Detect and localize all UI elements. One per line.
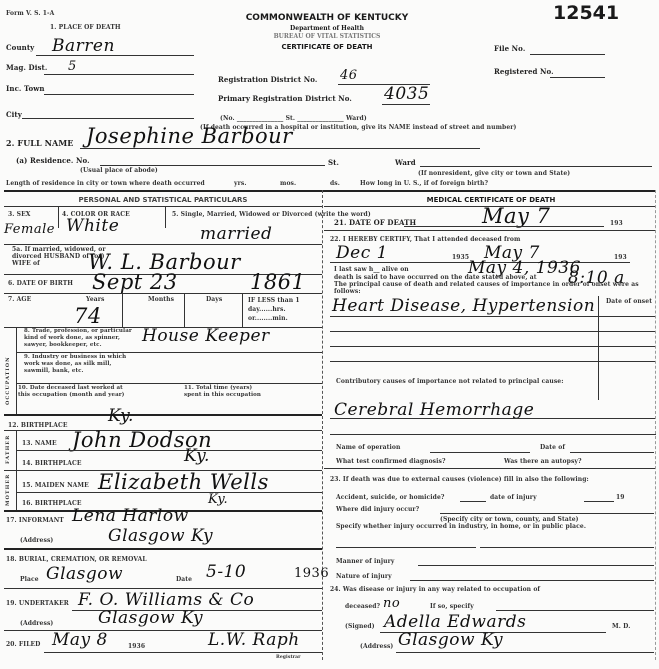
inc-town-label: Inc. Town (6, 84, 45, 93)
father-name-label: 13. NAME (22, 440, 57, 447)
marital-value: married (200, 224, 272, 244)
father-birthplace-value: Ky. (184, 446, 210, 466)
physician-address-label: (Address) (360, 643, 393, 650)
mother-name-label: 15. MAIDEN NAME (22, 482, 89, 489)
burial-year-value: 1936 (294, 566, 329, 581)
divider (165, 206, 166, 228)
filed-year: 1936 (128, 643, 145, 650)
divider (336, 547, 476, 548)
marital-label: 5. Single, Married, Widowed or Divorced … (172, 211, 371, 218)
where-injury-label: Where did injury occur? (336, 506, 419, 513)
undertaker-address-label: (Address) (20, 620, 53, 627)
physician-signature: Adella Edwards (384, 612, 526, 632)
sex-label: 3. SEX (8, 211, 31, 218)
divider (4, 414, 322, 416)
principal-cause-label: The principal cause of death and related… (334, 281, 644, 295)
registrar-label: Registrar (276, 655, 301, 660)
mother-name-value: Elizabeth Wells (98, 470, 269, 494)
autopsy-label: Was there an autopsy? (504, 458, 582, 465)
informant-address-label: (Address) (20, 537, 53, 544)
primary-reg-value: 4035 (384, 84, 429, 104)
county-value: Barren (52, 36, 115, 56)
nonresident-note: (If nonresident, give city or town and S… (418, 170, 570, 177)
divider (598, 296, 599, 400)
injury-date-label: date of injury (490, 494, 537, 501)
divider (330, 331, 656, 332)
divider (4, 244, 322, 245)
form-number: Form V. S. 1-A (6, 10, 54, 17)
death-certificate: Form V. S. 1-A 1. PLACE OF DEATH COMMONW… (0, 0, 659, 669)
divider (324, 468, 656, 469)
city-label: City (6, 110, 22, 119)
reg-district-label: Registration District No. (218, 75, 317, 84)
age-years-label: Years (86, 296, 105, 303)
file-no-label: File No. (494, 44, 525, 53)
personal-section-title: PERSONAL AND STATISTICAL PARTICULARS (4, 196, 322, 204)
divider (330, 346, 656, 347)
trade-value: House Keeper (142, 326, 270, 346)
operation-label: Name of operation (336, 444, 400, 451)
registered-no-underline (550, 77, 605, 78)
divider (396, 652, 654, 653)
total-time-label: 11. Total time (years) spent in this occ… (184, 385, 264, 399)
mag-dist-label: Mag. Dist. (6, 63, 47, 72)
inc-town-underline (44, 94, 194, 95)
burial-date-label: Date (176, 576, 192, 583)
yrs-label: yrs. (234, 180, 247, 187)
residence-ward-label: Ward (395, 158, 416, 167)
divider (58, 206, 59, 228)
mother-side-label: MOTHER (5, 472, 11, 506)
divider (184, 293, 185, 327)
occupation-side-label: OCCUPATION (5, 345, 11, 405)
title-commonwealth: COMMONWEALTH OF KENTUCKY (222, 13, 432, 23)
manner-injury-label: Manner of injury (336, 558, 394, 565)
burial-label: 18. BURIAL, CREMATION, OR REMOVAL (6, 556, 147, 563)
mother-birthplace-value: Ky. (208, 492, 228, 507)
registered-no-label: Registered No. (494, 67, 554, 76)
file-no-underline (530, 54, 605, 55)
occupation-related-label: 24. Was disease or injury in any way rel… (330, 586, 540, 593)
full-name-label: 2. FULL NAME (6, 138, 74, 148)
undertaker-label: 19. UNDERTAKER (6, 600, 69, 607)
divider (480, 547, 654, 548)
right-border (655, 190, 656, 660)
divider (16, 450, 322, 451)
divider (4, 206, 322, 207)
divider (440, 513, 654, 514)
divider (330, 361, 656, 362)
birthplace-value: Ky. (108, 406, 134, 426)
contributory-value: Cerebral Hemorrhage (334, 400, 534, 420)
medical-section-title: MEDICAL CERTIFICATE OF DEATH (326, 196, 656, 204)
test-diagnosis-label: What test confirmed diagnosis? (336, 458, 446, 465)
divider (330, 316, 656, 317)
filed-value: May 8 (52, 630, 108, 650)
last-saw-label: I last saw h__ alive on (334, 266, 409, 273)
length-of-residence-label: Length of residence in city or town wher… (6, 180, 205, 187)
date-of-death-value: May 7 (482, 204, 550, 228)
informant-label: 17. INFORMANT (6, 517, 64, 524)
attended-to-year: 193 (614, 254, 627, 261)
accident-label: Accident, suicide, or homicide? (336, 494, 445, 501)
divider (410, 580, 654, 581)
attended-from-year: 1935 (452, 254, 469, 261)
injury-year-label: 19 (616, 494, 625, 501)
deceased-label: deceased? (345, 603, 380, 610)
undertaker-address-value: Glasgow Ky (98, 608, 203, 628)
burial-date-value: 5-10 (206, 562, 246, 582)
title-bureau: BUREAU OF VITAL STATISTICS (222, 33, 432, 40)
full-name-underline (80, 148, 480, 149)
center-divider (322, 190, 323, 660)
divider (44, 652, 322, 653)
divider (460, 501, 486, 502)
deceased-value: no (383, 596, 400, 611)
informant-address-value: Glasgow Ky (108, 526, 213, 546)
divider (324, 230, 656, 231)
less-than-label: IF LESS than 1 day......hrs. or........m… (248, 296, 318, 323)
divider (330, 418, 656, 419)
residence-underline (100, 165, 325, 166)
death-occurred-label: death is said to have occurred on the da… (334, 274, 537, 281)
divider (570, 452, 654, 453)
signed-label: (Signed) (345, 623, 375, 630)
contributory-label: Contributory causes of importance not re… (336, 378, 576, 385)
certify-label: 22. I HEREBY CERTIFY, That I attended de… (330, 236, 520, 243)
primary-reg-label: Primary Registration District No. (218, 94, 352, 103)
divider (122, 293, 123, 327)
divider (330, 434, 656, 435)
trade-label: 8. Trade, profession, or particular kind… (24, 328, 139, 349)
county-label: County (6, 43, 34, 52)
father-birthplace-label: 14. BIRTHPLACE (22, 460, 82, 467)
title-department: Department of Health (222, 25, 432, 32)
dob-year: 1861 (250, 270, 305, 294)
age-months-label: Months (148, 296, 174, 303)
city-underline (22, 118, 194, 119)
undertaker-value: F. O. Williams & Co (78, 590, 254, 610)
full-name-value: Josephine Barbour (86, 124, 293, 148)
physician-address-value: Glasgow Ky (398, 630, 503, 650)
date-of-onset-label: Date of onset (606, 298, 654, 305)
birthplace-label: 12. BIRTHPLACE (8, 422, 68, 429)
primary-reg-underline (382, 104, 430, 105)
specify-city-label: (Specify city or town, county, and State… (440, 516, 579, 523)
registrar-signature: L.W. Raph (208, 630, 300, 650)
place-of-death-label: 1. PLACE OF DEATH (50, 24, 121, 31)
reg-district-value: 46 (340, 68, 358, 83)
divider (4, 588, 322, 589)
dob-label: 6. DATE OF BIRTH (8, 280, 73, 287)
father-side-label: FATHER (5, 432, 11, 464)
divider (242, 293, 243, 327)
usual-place-label: (Usual place of abode) (80, 167, 158, 174)
nature-injury-label: Nature of injury (336, 573, 392, 580)
foreign-birth-label: How long in U. S., if of foreign birth? (360, 180, 488, 187)
operation-date-label: Date of (540, 444, 565, 451)
certificate-number: 12541 (553, 2, 619, 24)
divider (16, 492, 322, 493)
divider (16, 352, 322, 353)
residence-label: (a) Residence. No. (16, 156, 90, 165)
divider (4, 293, 322, 294)
filed-label: 20. FILED (6, 641, 41, 648)
external-causes-label: 23. If death was due to external causes … (330, 476, 650, 483)
divider (404, 226, 604, 227)
date-of-death-year: 193 (610, 220, 623, 227)
age-value: 74 (74, 304, 102, 328)
residence-st-label: St. (328, 158, 339, 167)
burial-place-label: Place (20, 576, 39, 583)
divider (16, 383, 322, 384)
last-worked-label: 10. Date deceased last worked at this oc… (18, 385, 133, 399)
title-certificate: CERTIFICATE OF DEATH (222, 43, 432, 51)
divider (4, 548, 322, 550)
specify-whether-label: Specify whether injury occurred in indus… (336, 523, 652, 530)
age-days-label: Days (206, 296, 222, 303)
cause-value: Heart Disease, Hypertension (332, 296, 595, 316)
section-divider-top (4, 190, 656, 192)
informant-value: Lena Harlow (72, 506, 189, 526)
ds-label: ds. (330, 180, 340, 187)
md-label: M. D. (612, 623, 630, 630)
if-so-label: If so, specify (430, 603, 474, 610)
mos-label: mos. (280, 180, 296, 187)
mag-dist-value: 5 (68, 59, 77, 74)
burial-place-value: Glasgow (46, 564, 123, 584)
divider (584, 501, 614, 502)
dob-month-day: Sept 23 (92, 270, 178, 294)
divider (430, 452, 530, 453)
industry-label: 9. Industry or business in which work wa… (24, 354, 139, 375)
ward-underline (420, 166, 652, 167)
divider (418, 565, 654, 566)
color-value: White (66, 216, 119, 236)
divider (496, 610, 654, 611)
divider (16, 327, 17, 415)
age-label: 7. AGE (8, 296, 31, 303)
street-ward-line: (No. _______________ St. _______________… (220, 115, 367, 122)
attended-from-value: Dec 1 (336, 243, 388, 263)
sex-value: Female (4, 222, 55, 237)
mag-dist-underline (44, 74, 194, 75)
